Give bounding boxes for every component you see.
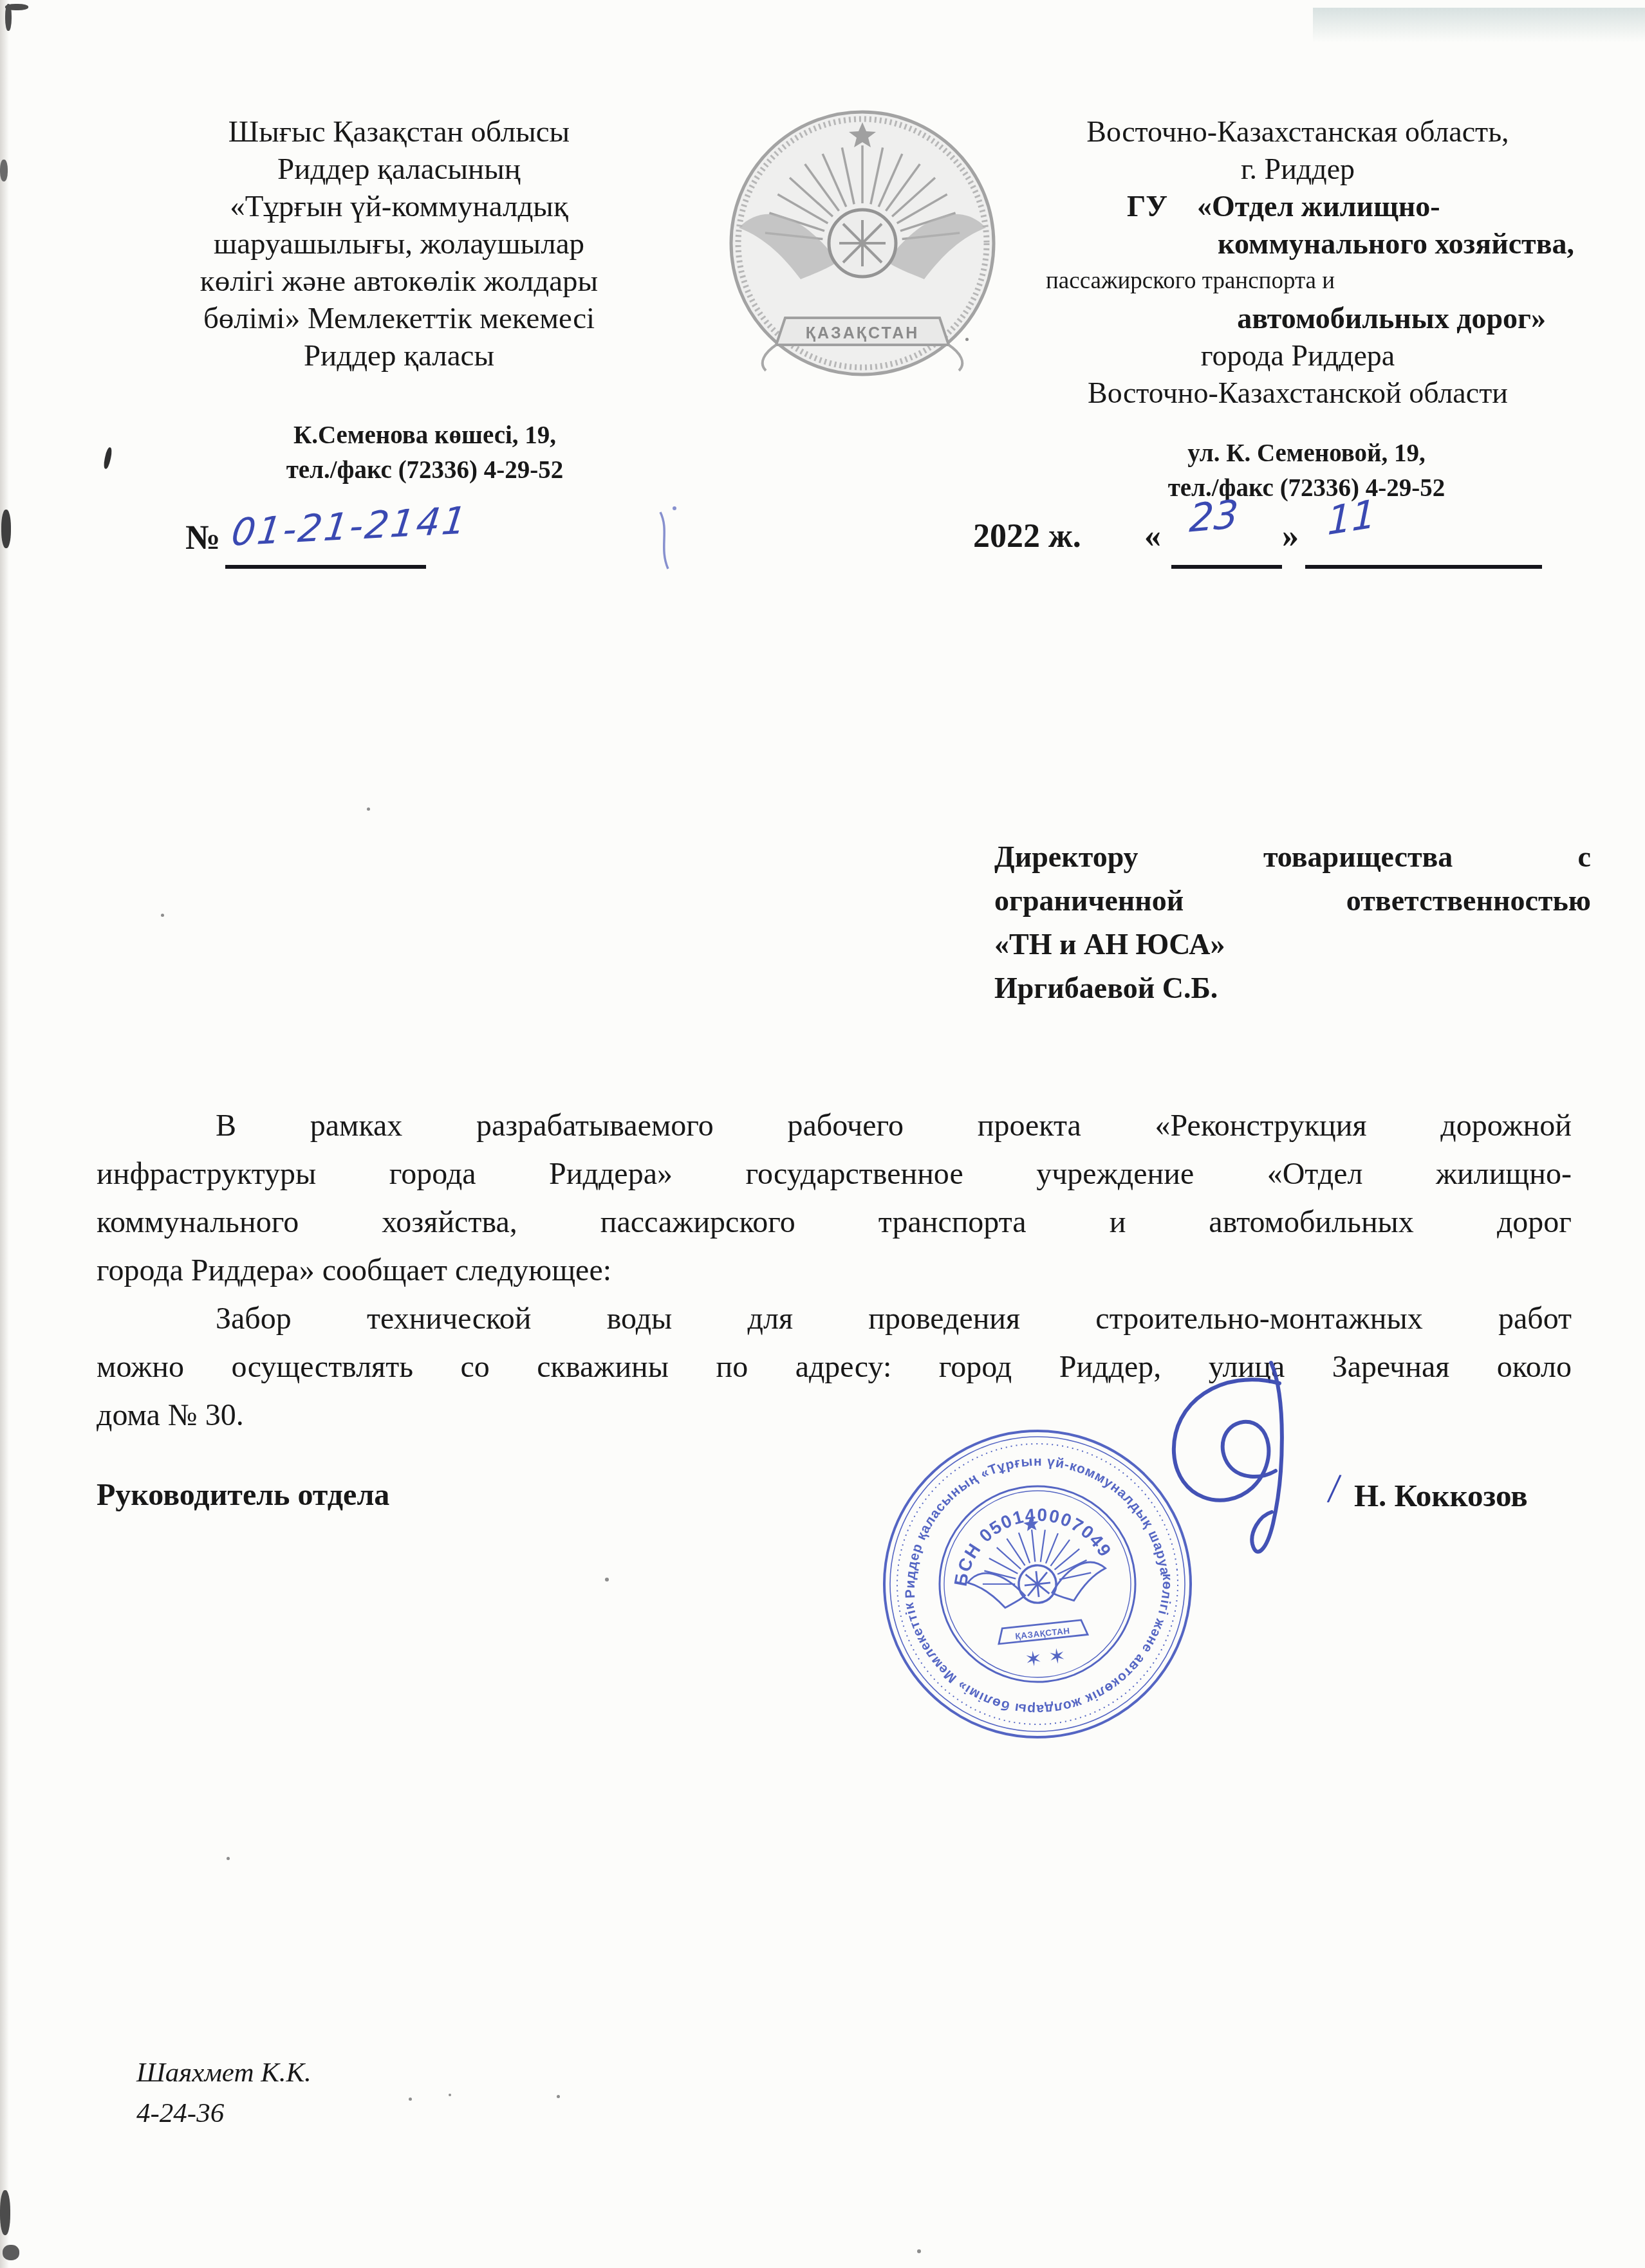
body-line: Забор технической воды для проведения ст… — [97, 1295, 1572, 1343]
scan-artifact — [917, 2249, 921, 2253]
doc-number-underline — [225, 565, 426, 569]
scan-artifact — [103, 447, 113, 469]
body-line: коммунального хозяйства, пассажирского т… — [97, 1198, 1572, 1246]
scan-artifact — [1313, 8, 1645, 42]
executor-block: Шаяхмет К.К. 4-24-36 — [136, 2052, 311, 2134]
scan-artifact — [161, 914, 164, 917]
signer-name: Н. Коккозов — [1354, 1477, 1528, 1514]
letterhead-kazakh: Шығыс Қазақстан облысы Риддер қаласының … — [97, 113, 702, 374]
scan-artifact — [605, 1578, 609, 1581]
addressee-line: Иргибаевой С.Б. — [994, 966, 1591, 1010]
date-day-underline — [1171, 565, 1282, 569]
scan-artifact — [409, 2097, 412, 2101]
date-month-underline — [1305, 565, 1542, 569]
scan-artifact — [5, 4, 12, 31]
letterhead-russian-line: г. Риддер — [999, 151, 1596, 188]
scan-artifact — [0, 2190, 10, 2235]
letterhead-russian-line: коммунального хозяйства, — [999, 225, 1596, 263]
letterhead-kazakh-line: шаруашылығы, жолаушылар — [97, 225, 702, 263]
doc-number-handwritten: 01-21-2141 — [229, 498, 470, 555]
signature-slash-mark: / — [1326, 1464, 1343, 1514]
emblem-banner-text: ҚАЗАҚСТАН — [806, 324, 920, 342]
letterhead-kazakh-line: Шығыс Қазақстан облысы — [97, 113, 702, 151]
stamp-bin-text: БСН 050140007049 — [943, 1497, 1118, 1589]
signer-title: Руководитель отдела — [97, 1477, 389, 1513]
body-line: дома № 30. — [97, 1391, 1572, 1439]
contact-phone: тел./факс (72336) 4-29-52 — [1017, 471, 1596, 506]
executor-name: Шаяхмет К.К. — [136, 2052, 311, 2093]
addressee-line: «ТН и АН ЮСА» — [994, 923, 1591, 966]
letterhead-kazakh-line: бөлімі» Мемлекеттік мекемесі — [97, 300, 702, 337]
addressee-block: Директору товарищества с ограниченной от… — [994, 835, 1591, 1010]
date-year-label: 2022 ж. — [973, 517, 1081, 555]
body-line: города Риддера» сообщает следующее: — [97, 1246, 1572, 1295]
body-line: можно осуществлять со скважины по адресу… — [97, 1343, 1572, 1391]
scan-artifact — [1, 510, 11, 548]
contact-russian: ул. К. Семеновой, 19, тел./факс (72336) … — [1017, 436, 1596, 506]
contact-address: ул. К. Семеновой, 19, — [1017, 436, 1596, 471]
scan-artifact — [367, 807, 370, 811]
date-close-quote: » — [1282, 517, 1299, 555]
date-open-quote: « — [1144, 517, 1161, 555]
body-line: В рамках разрабатываемого рабочего проек… — [97, 1102, 1572, 1150]
letterhead-kazakh-line: Риддер қаласы — [97, 337, 702, 374]
letterhead-kazakh-line: Риддер қаласының — [97, 151, 702, 188]
letterhead-russian-line: ГУ «Отдел жилищно- — [999, 188, 1596, 225]
ink-artifact — [660, 506, 676, 569]
svg-text:БСН 050140007049: БСН 050140007049 — [943, 1497, 1118, 1589]
doc-number-label: № — [185, 517, 220, 557]
official-round-stamp: Риддер қаласының «Тұрғын үй-коммуналдық … — [853, 1400, 1222, 1768]
addressee-line: ограниченной ответственностью — [994, 879, 1591, 923]
date-day-handwritten: 23 — [1188, 492, 1240, 541]
addressee-line: Директору товарищества с — [994, 835, 1591, 879]
letterhead-russian-line: Восточно-Казахстанской области — [999, 374, 1596, 412]
scan-artifact — [557, 2095, 560, 2098]
scan-artifact — [449, 2094, 451, 2096]
scan-artifact — [227, 1857, 230, 1860]
stamp-stars: ✶ ✶ — [1023, 1643, 1066, 1672]
executor-phone: 4-24-36 — [136, 2093, 311, 2134]
scan-artifact — [3, 2245, 19, 2260]
kazakhstan-coat-of-arms-icon: ҚАЗАҚСТАН — [726, 107, 999, 380]
letterhead-russian-line: города Риддера — [999, 337, 1596, 374]
body-line: инфраструктуры города Риддера» государст… — [97, 1150, 1572, 1198]
letterhead-kazakh-line: «Тұрғын үй-коммуналдық — [97, 188, 702, 225]
letterhead-russian-line: пассажирского транспорта и — [999, 263, 1596, 300]
letter-body: В рамках разрабатываемого рабочего проек… — [97, 1102, 1572, 1439]
letterhead-russian-line: автомобильных дорог» — [999, 300, 1596, 337]
letterhead-russian: Восточно-Казахстанская область, г. Ридде… — [999, 113, 1596, 412]
scan-artifact — [0, 160, 8, 181]
date-month-handwritten: 11 — [1327, 491, 1377, 544]
contact-kazakh: К.Семенова көшесі, 19, тел./факс (72336)… — [122, 418, 727, 488]
letterhead-kazakh-line: көлігі және автокөлік жолдары — [97, 263, 702, 300]
scanned-letter-page: Шығыс Қазақстан облысы Риддер қаласының … — [0, 0, 1645, 2268]
scan-artifact — [0, 0, 9, 2268]
contact-phone: тел./факс (72336) 4-29-52 — [122, 453, 727, 488]
letterhead-russian-line: Восточно-Казахстанская область, — [999, 113, 1596, 151]
contact-address: К.Семенова көшесі, 19, — [122, 418, 727, 453]
